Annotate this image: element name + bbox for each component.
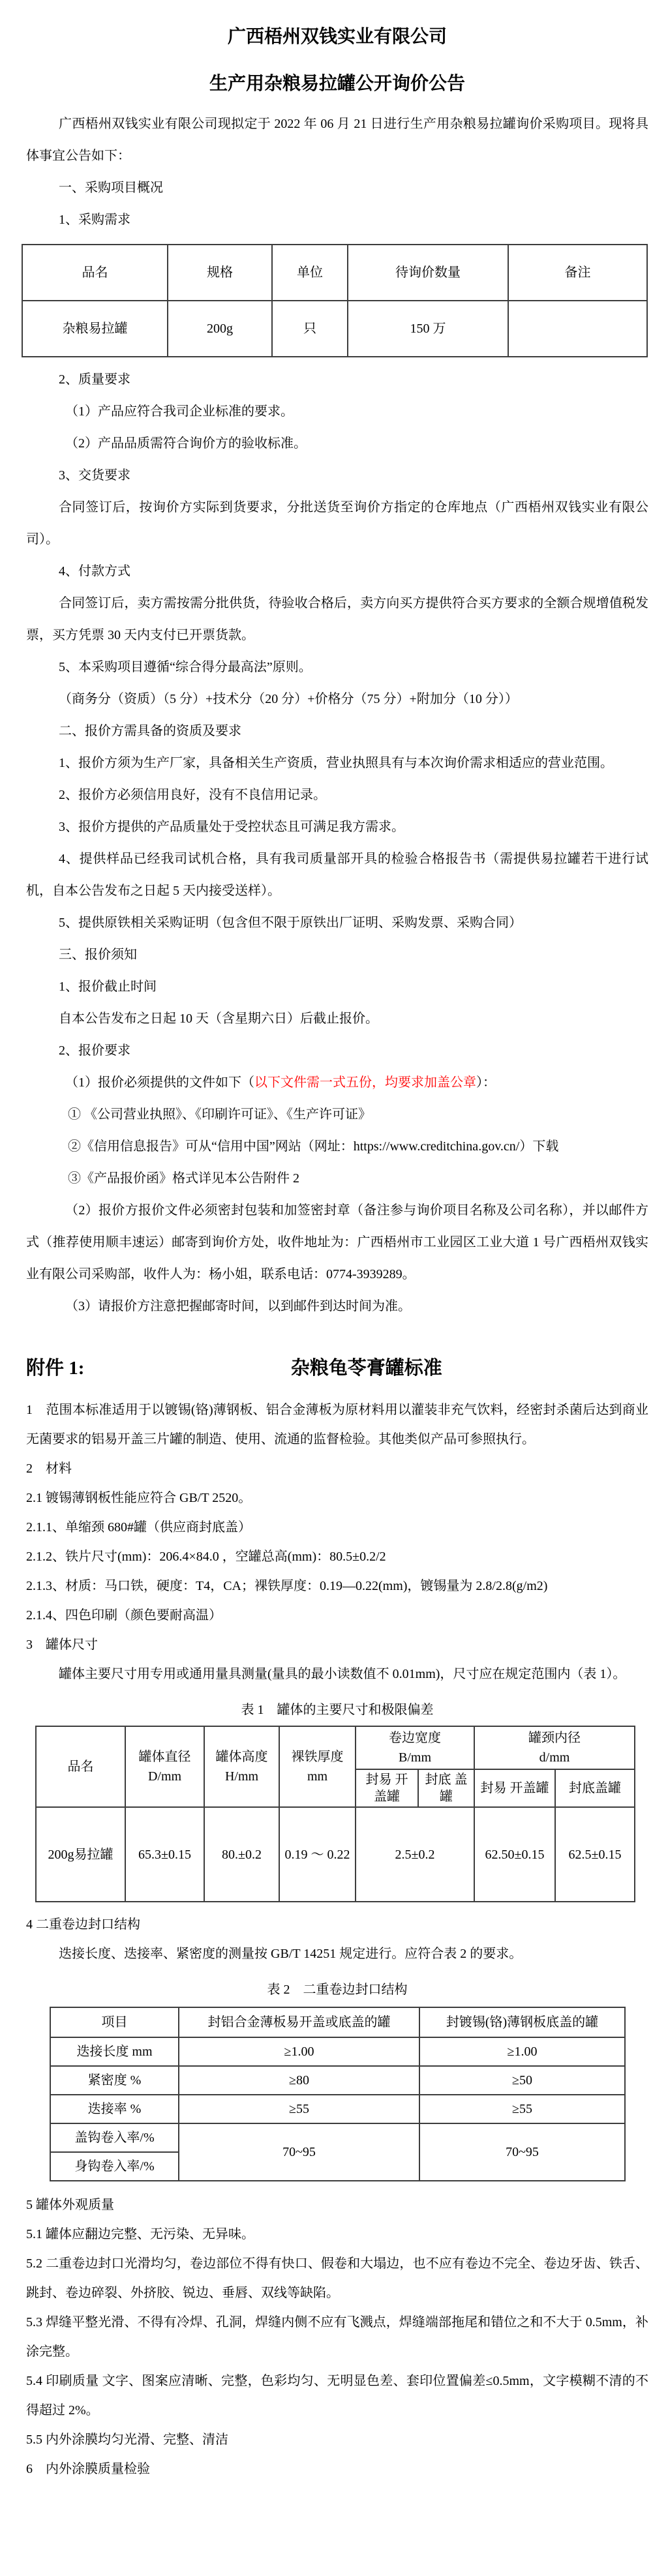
t1-header-product: 品名 — [36, 1726, 125, 1807]
col-header-spec: 规格 — [168, 245, 272, 301]
t1-cell-seam-width: 2.5±0.2 — [356, 1807, 474, 1902]
heading-quality: 2、质量要求 — [26, 364, 648, 396]
seam-structure-table: 项目 封铝合金薄板易开盖或底盖的罐 封镀锡(铬)薄钢板底盖的罐 迭接长度 mm … — [50, 2007, 626, 2181]
para-can-size: 罐体主要尺寸用专用或通用量具测量(量具的最小读数值不 0.01mm)，尺寸应在规… — [26, 1660, 648, 1689]
t1-header-neck-diameter: 罐颈内径 d/mm — [474, 1726, 635, 1769]
para-quality-2: （2）产品品质需符合询价方的验收标准。 — [26, 428, 648, 460]
t1-header-row-1: 品名 罐体直径 D/mm 罐体高度 H/mm 裸铁厚度 mm 卷边宽度 B/mm… — [36, 1726, 635, 1769]
can-dimensions-table: 品名 罐体直径 D/mm 罐体高度 H/mm 裸铁厚度 mm 卷边宽度 B/mm… — [35, 1726, 635, 1902]
col-header-product: 品名 — [22, 245, 168, 301]
cell-product: 杂粮易拉罐 — [22, 301, 168, 357]
document-page: 广西梧州双钱实业有限公司 生产用杂粮易拉罐公开询价公告 广西梧州双钱实业有限公司… — [0, 0, 668, 2576]
heading-section-2: 二、报价方需具备的资质及要求 — [26, 715, 648, 747]
doc-title: 广西梧州双钱实业有限公司 — [26, 23, 648, 51]
para-appearance-5-2: 5.2 二重卷边封口光滑均匀，卷边部位不得有快口、假卷和大塌边，也不应有卷边不完… — [26, 2249, 648, 2308]
t2-cell-label: 紧密度 % — [50, 2066, 179, 2095]
para-scoring-formula: （商务分（资质）（5 分）+技术分（20 分）+价格分（75 分）+附加分（10… — [26, 683, 648, 715]
t2-row-tightness: 紧密度 % ≥80 ≥50 — [50, 2066, 625, 2095]
t2-cell-value: ≥55 — [179, 2095, 419, 2123]
para-appearance-5-4: 5.4 印刷质量 文字、图案应清晰、完整，色彩均匀、无明显色差、套印位置偏差≤0… — [26, 2367, 648, 2425]
t2-header-item: 项目 — [50, 2007, 179, 2037]
t2-row-overlap-rate: 迭接率 % ≥55 ≥55 — [50, 2095, 625, 2123]
para-doc-item-2: ②《信用信息报告》可从“信用中国”网站（网址：https://www.credi… — [26, 1131, 648, 1163]
t1-cell-product: 200g易拉罐 — [36, 1807, 125, 1902]
para-scope: 1 范围本标准适用于以镀锡(铬)薄钢板、铝合金薄板为原材料用以灌装非充气饮料，经… — [26, 1396, 648, 1454]
procurement-table-header-row: 品名 规格 单位 待询价数量 备注 — [22, 245, 647, 301]
t2-cell-label: 迭接率 % — [50, 2095, 179, 2123]
t2-cell-value: ≥55 — [419, 2095, 625, 2123]
para-qualify-4: 4、提供样品已经我司试机合格，具有我司质量部开具的检验合格报告书（需提供易拉罐若… — [26, 843, 648, 907]
table2-caption: 表 2 二重卷边封口结构 — [26, 1977, 648, 2003]
cell-unit: 只 — [272, 301, 348, 357]
t2-cell-label: 迭接长度 mm — [50, 2037, 179, 2066]
heading-material: 2 材料 — [26, 1454, 648, 1484]
heading-section-3: 三、报价须知 — [26, 939, 648, 971]
table1-caption: 表 1 罐体的主要尺寸和极限偏差 — [26, 1697, 648, 1723]
heading-coating-inspection: 6 内外涂膜质量检验 — [26, 2455, 648, 2484]
t1-subheader-seam-bottom: 封底 盖罐 — [418, 1769, 474, 1807]
heading-quote-requirements: 2、报价要求 — [26, 1035, 648, 1067]
para-qualify-3: 3、报价方提供的产品质量处于受控状态且可满足我方需求。 — [26, 811, 648, 843]
t1-header-diameter: 罐体直径 D/mm — [125, 1726, 204, 1807]
para-qualify-1: 1、报价方须为生产厂家，具备相关生产资质，营业执照具有与本次询价需求相适应的营业… — [26, 747, 648, 779]
t1-header-height: 罐体高度 H/mm — [204, 1726, 279, 1807]
t2-header-row: 项目 封铝合金薄板易开盖或底盖的罐 封镀锡(铬)薄钢板底盖的罐 — [50, 2007, 625, 2037]
t2-cell-hook-value-tinplate: 70~95 — [419, 2123, 625, 2181]
t1-header-bare-thickness: 裸铁厚度 mm — [279, 1726, 356, 1807]
t1-header-seam-width: 卷边宽度 B/mm — [356, 1726, 474, 1769]
attachment-label: 附件 1: — [26, 1354, 84, 1383]
t1-cell-diameter: 65.3±0.15 — [125, 1807, 204, 1902]
para-delivery: 合同签订后，按询价方实际到货要求，分批送货至询价方指定的仓库地点（广西梧州双钱实… — [26, 492, 648, 556]
para-material-2-1-4: 2.1.4、四色印刷（颜色要耐高温） — [26, 1601, 648, 1630]
heading-deadline: 1、报价截止时间 — [26, 971, 648, 1003]
t1-subheader-neck-bottom: 封底盖罐 — [555, 1769, 635, 1807]
para-material-2-1-2: 2.1.2、铁片尺寸(mm)：206.4×84.0 ，空罐总高(mm)：80.5… — [26, 1542, 648, 1572]
t2-cell-hook-value-aluminum: 70~95 — [179, 2123, 419, 2181]
doc-subtitle: 生产用杂粮易拉罐公开询价公告 — [26, 70, 648, 98]
para-material-2-1: 2.1 镀锡薄钢板性能应符合 GB/T 2520。 — [26, 1484, 648, 1513]
para-qualify-2: 2、报价方必须信用良好，没有不良信用记录。 — [26, 779, 648, 811]
attachment-title: 杂粮龟苓膏罐标准 — [84, 1354, 648, 1383]
cell-remark — [508, 301, 647, 357]
para-doc-item-1: ① 《公司营业执照》、《印刷许可证》、《生产许可证》 — [26, 1099, 648, 1131]
para-doc-item-3: ③《产品报价函》格式详见本公告附件 2 — [26, 1163, 648, 1195]
para-mailing-time: （3）请报价方注意把握邮寄时间，以到邮件到达时间为准。 — [26, 1291, 648, 1323]
t2-cell-cover-hook-label: 盖钩卷入率/% — [50, 2123, 179, 2152]
para-material-2-1-3: 2.1.3、材质：马口铁，硬度：T4，CA；裸铁厚度：0.19—0.22(mm)… — [26, 1572, 648, 1601]
heading-can-size: 3 罐体尺寸 — [26, 1630, 648, 1660]
t2-cell-value: ≥50 — [419, 2066, 625, 2095]
para-material-2-1-1: 2.1.1、单缩颈 680#罐（供应商封底盖） — [26, 1513, 648, 1542]
para-appearance-5-5: 5.5 内外涂膜均匀光滑、完整、清洁 — [26, 2425, 648, 2455]
heading-purchase-demand: 1、采购需求 — [26, 204, 648, 236]
para-required-documents-post: ）： — [476, 1075, 496, 1090]
heading-section-1: 一、采购项目概况 — [26, 172, 648, 204]
t1-subheader-seam-easyopen: 封易 开盖罐 — [356, 1769, 418, 1807]
t2-cell-value: ≥1.00 — [419, 2037, 625, 2066]
para-double-seam: 迭接长度、迭接率、紧密度的测量按 GB/T 14251 规定进行。应符合表 2 … — [26, 1939, 648, 1969]
para-intro: 广西梧州双钱实业有限公司现拟定于 2022 年 06 月 21 日进行生产用杂粮… — [26, 108, 648, 172]
col-header-unit: 单位 — [272, 245, 348, 301]
para-payment: 合同签订后，卖方需按需分批供货，待验收合格后，卖方向买方提供符合买方要求的全额合… — [26, 588, 648, 651]
heading-double-seam: 4 二重卷边封口结构 — [26, 1910, 648, 1939]
t2-header-aluminum-can: 封铝合金薄板易开盖或底盖的罐 — [179, 2007, 419, 2037]
para-required-documents: （1）报价必须提供的文件如下（以下文件需一式五份，均要求加盖公章）： — [26, 1067, 648, 1099]
para-qualify-5: 5、提供原铁相关采购证明（包含但不限于原铁出厂证明、采购发票、采购合同） — [26, 907, 648, 939]
para-appearance-5-1: 5.1 罐体应翻边完整、无污染、无异味。 — [26, 2220, 648, 2249]
procurement-table: 品名 规格 单位 待询价数量 备注 杂粮易拉罐 200g 只 150 万 — [22, 244, 648, 357]
heading-delivery: 3、交货要求 — [26, 460, 648, 492]
t2-row-cover-hook: 盖钩卷入率/% 70~95 70~95 — [50, 2123, 625, 2152]
t1-data-row: 200g易拉罐 65.3±0.15 80.±0.2 0.19 ～ 0.22 2.… — [36, 1807, 635, 1902]
para-required-documents-red-note: 以下文件需一式五份，均要求加盖公章 — [254, 1075, 476, 1090]
cell-quantity: 150 万 — [348, 301, 508, 357]
para-deadline: 自本公告发布之日起 10 天（含星期六日）后截止报价。 — [26, 1003, 648, 1035]
t2-cell-body-hook-label: 身钩卷入率/% — [50, 2152, 179, 2181]
t2-row-overlap-length: 迭接长度 mm ≥1.00 ≥1.00 — [50, 2037, 625, 2066]
heading-payment: 4、付款方式 — [26, 556, 648, 588]
t1-cell-height: 80.±0.2 — [204, 1807, 279, 1902]
t2-header-tinplate-can: 封镀锡(铬)薄钢板底盖的罐 — [419, 2007, 625, 2037]
t2-cell-value: ≥1.00 — [179, 2037, 419, 2066]
t1-cell-neck-bottom: 62.5±0.15 — [555, 1807, 635, 1902]
attachment-heading: 附件 1: 杂粮龟苓膏罐标准 — [26, 1354, 648, 1383]
t1-cell-bare-thickness: 0.19 ～ 0.22 — [279, 1807, 356, 1902]
col-header-quantity: 待询价数量 — [348, 245, 508, 301]
para-required-documents-pre: （1）报价必须提供的文件如下（ — [65, 1075, 254, 1090]
para-scoring-rule: 5、本采购项目遵循“综合得分最高法”原则。 — [26, 651, 648, 683]
procurement-table-data-row: 杂粮易拉罐 200g 只 150 万 — [22, 301, 647, 357]
t1-subheader-neck-easyopen: 封易 开盖罐 — [474, 1769, 555, 1807]
para-quality-1: （1）产品应符合我司企业标准的要求。 — [26, 396, 648, 428]
heading-appearance: 5 罐体外观质量 — [26, 2191, 648, 2220]
col-header-remark: 备注 — [508, 245, 647, 301]
cell-spec: 200g — [168, 301, 272, 357]
para-mailing: （2）报价方报价文件必须密封包装和加签密封章（备注参与询价项目名称及公司名称），… — [26, 1195, 648, 1291]
t2-cell-value: ≥80 — [179, 2066, 419, 2095]
t1-cell-neck-easyopen: 62.50±0.15 — [474, 1807, 555, 1902]
para-appearance-5-3: 5.3 焊缝平整光滑、不得有冷焊、孔洞，焊缝内侧不应有飞溅点，焊缝端部拖尾和错位… — [26, 2308, 648, 2367]
